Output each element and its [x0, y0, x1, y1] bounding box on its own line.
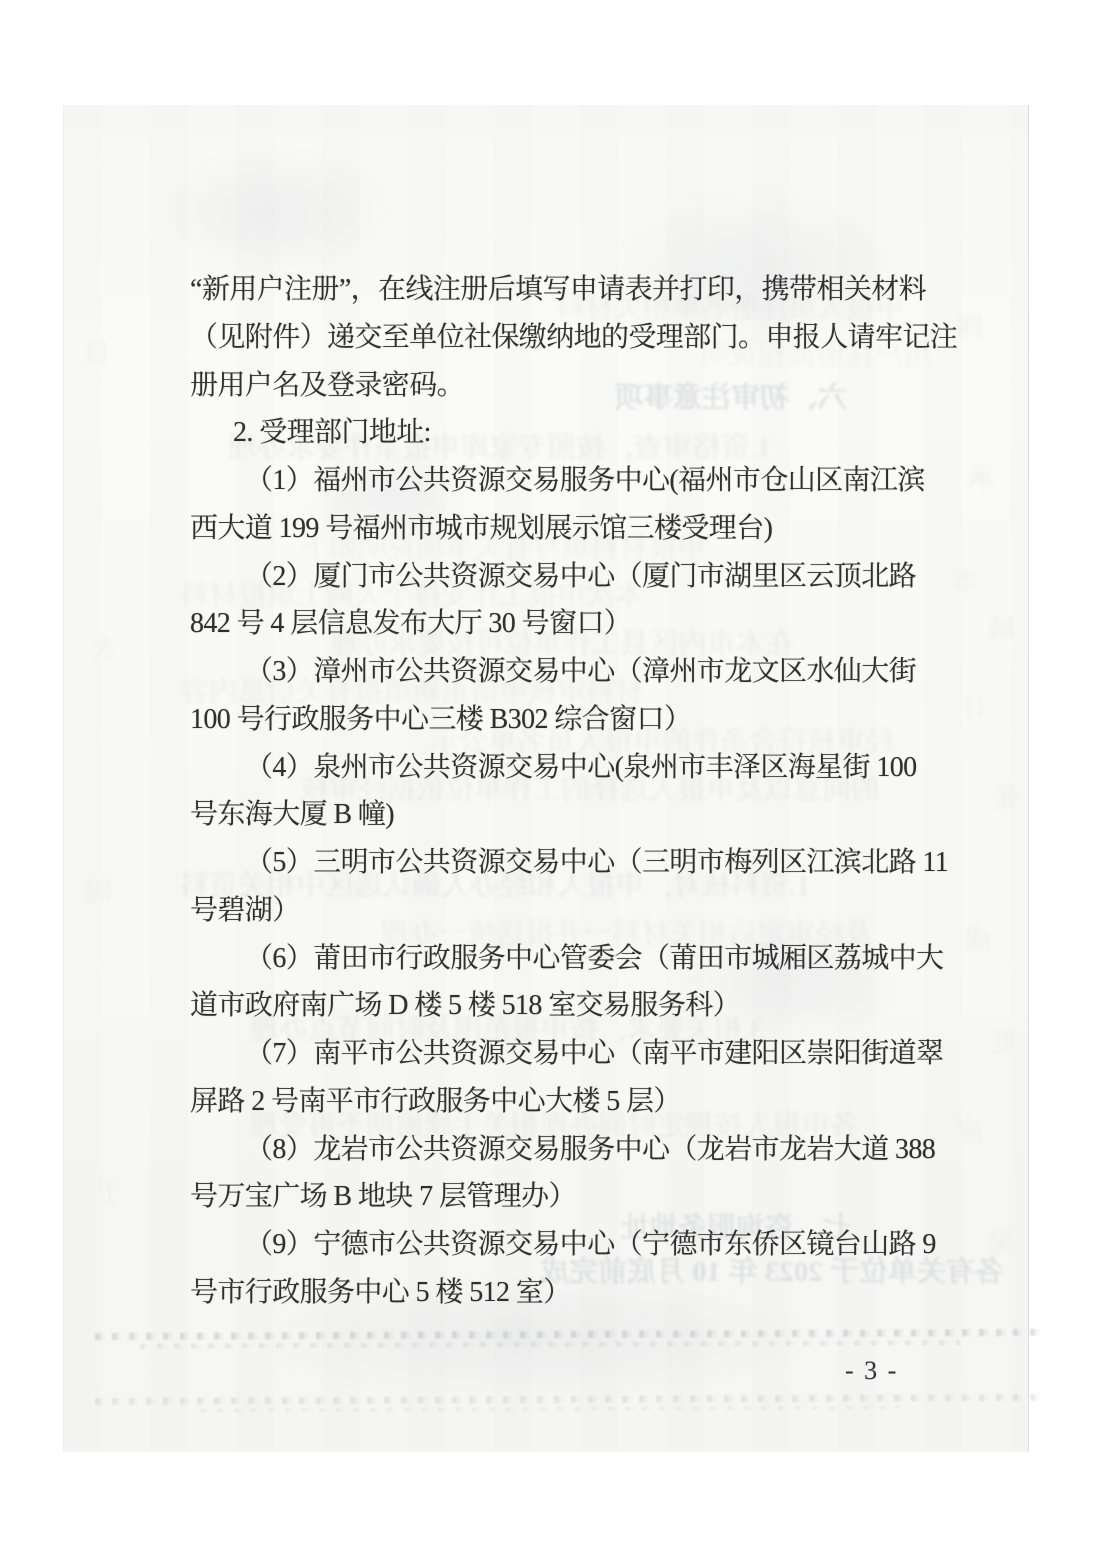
- center-5-line-1: （5）三明市公共资源交易中心（三明市梅列区江滨北路 11: [190, 839, 950, 887]
- center-5-line-2: 号碧湖）: [190, 887, 950, 935]
- section-heading: 2. 受理部门地址:: [190, 409, 950, 457]
- center-9-line-1: （9）宁德市公共资源交易中心（宁德市东侨区镜台山路 9: [190, 1221, 950, 1269]
- center-1-line-2: 西大道 199 号福州市城市规划展示馆三楼受理台): [190, 505, 950, 553]
- center-3-line-2: 100 号行政服务中心三楼 B302 综合窗口）: [190, 696, 950, 744]
- center-3-line-1: （3）漳州市公共资源交易中心（漳州市龙文区水仙大街: [190, 648, 950, 696]
- document-text-block: “新用户注册”，在线注册后填写申请表并打印，携带相关材料 （见附件）递交至单位社…: [190, 266, 950, 1317]
- scanned-document-page: 申报人员注册名单相关材料 用户注册流程说明 六、初审注意事项 1.资格审查，按照…: [0, 0, 1102, 1559]
- center-7-line-1: （7）南平市公共资源交易中心（南平市建阳区崇阳街道翠: [190, 1030, 950, 1078]
- center-4-line-1: （4）泉州市公共资源交易中心(泉州市丰泽区海星街 100: [190, 744, 950, 792]
- center-9-line-2: 号市行政服务中心 5 楼 512 室）: [190, 1269, 950, 1317]
- paragraph-line-1: “新用户注册”，在线注册后填写申请表并打印，携带相关材料: [190, 266, 950, 314]
- center-6-line-2: 道市政府南广场 D 楼 5 楼 518 室交易服务科）: [190, 982, 950, 1030]
- center-2-line-1: （2）厦门市公共资源交易中心（厦门市湖里区云顶北路: [190, 553, 950, 601]
- paragraph-line-3: 册用户名及登录密码。: [190, 362, 950, 410]
- paragraph-line-2: （见附件）递交至单位社保缴纳地的受理部门。申报人请牢记注: [190, 314, 950, 362]
- center-2-line-2: 842 号 4 层信息发布大厅 30 号窗口）: [190, 600, 950, 648]
- center-8-line-1: （8）龙岩市公共资源交易服务中心（龙岩市龙岩大道 388: [190, 1126, 950, 1174]
- center-8-line-2: 号万宝广场 B 地块 7 层管理办）: [190, 1173, 950, 1221]
- center-4-line-2: 号东海大厦 B 幢): [190, 791, 950, 839]
- center-6-line-1: （6）莆田市行政服务中心管委会（莆田市城厢区荔城中大: [190, 935, 950, 983]
- center-7-line-2: 屏路 2 号南平市行政服务中心大楼 5 层）: [190, 1078, 950, 1126]
- center-1-line-1: （1）福州市公共资源交易服务中心(福州市仓山区南江滨: [190, 457, 950, 505]
- page-number: - 3 -: [845, 1356, 898, 1386]
